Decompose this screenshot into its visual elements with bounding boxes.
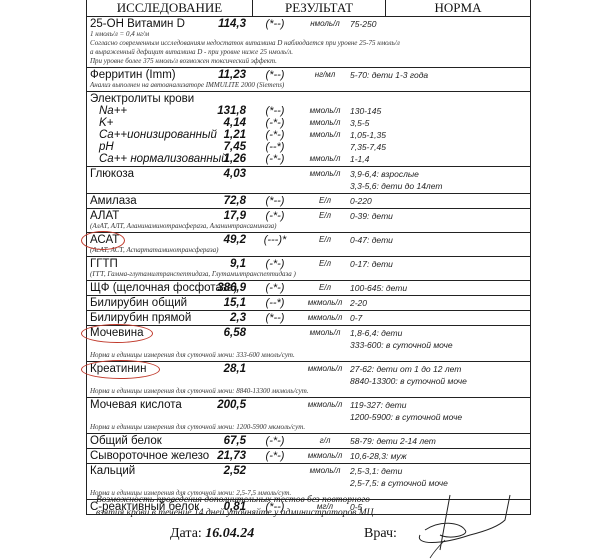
reference-range-line: 10,6-28,3: муж [350,450,530,462]
table-row: АЛАТ17,9(-*-)Е/л0-39: дети(АлАТ, АЛТ, Ал… [86,209,531,233]
reference-range: 10,6-28,3: муж [350,450,530,462]
results-table: 25-OH Витамин D114,3(*--)нмоль/л75-2501 … [86,17,531,515]
reference-range: 0-47: дети [350,234,530,246]
result-flag: (*--) [250,105,300,117]
result-line: Амилаза72,8(*--)Е/л0-220 [87,195,530,207]
reference-range-line: 7,35-7,45 [350,141,530,153]
date: Дата: 16.04.24 [170,526,254,542]
result-line: ГГТП9,1(-*-)Е/л0-17: дети [87,258,530,270]
test-name: ЩФ (щелочная фосфотаза) [87,282,200,294]
result-unit: Е/л [300,234,350,246]
result-flag: (--*) [250,297,300,309]
result-line: Билирубин прямой2,3(*--)мкмоль/л0-7 [87,312,530,324]
test-name: АСАТ [87,234,200,246]
result-value: 49,2 [200,234,250,246]
result-unit: нг/мл [300,69,350,81]
footer-note-line2: взятия крови в течение 14 дней уточняйте… [96,507,376,520]
result-unit: Е/л [300,258,350,270]
reference-range-line: 27-62: дети от 1 до 12 лет [350,363,530,375]
reference-range-line: 100-645: дети [350,282,530,294]
table-row: Электролиты кровиNa++131,8(*--)ммоль/л13… [86,92,531,167]
result-flag: (--*) [250,141,300,153]
result-line: Билирубин общий15,1(--*)мкмоль/л2-20 [87,297,530,309]
row-note: (ГГТ, Гамма-глутамилтранспептидаза, Глут… [87,270,530,279]
result-unit: Е/л [300,282,350,294]
row-note: а выраженный дефицит витамина D - при ур… [87,48,530,57]
result-line: АЛАТ17,9(-*-)Е/л0-39: дети [87,210,530,222]
test-name: Кальций [87,465,200,477]
reference-range-line: 3,5-5 [350,117,530,129]
result-flag: (-*-) [250,258,300,270]
table-row: ЩФ (щелочная фосфотаза)386,9(-*-)Е/л100-… [86,281,531,296]
reference-range: 1,05-1,35 [350,129,530,141]
table-row: Общий белок67,5(-*-)г/л58-79: дети 2-14 … [86,434,531,449]
red-circle-annotation [81,360,160,379]
result-flag: (-*-) [250,117,300,129]
red-circle-annotation [81,231,125,250]
result-value: 9,1 [200,258,250,270]
reference-range-line: 130-145 [350,105,530,117]
reference-range: 1-1,4 [350,153,530,165]
reference-range: 0-39: дети [350,210,530,222]
result-flag: (-*-) [250,282,300,294]
result-value: 17,9 [200,210,250,222]
signature-icon [410,490,520,560]
result-value: 28,1 [200,363,250,375]
reference-range: 2,5-3,1: дети2,5-7,5: в суточной моче [350,465,530,489]
table-header: ИССЛЕДОВАНИЕ РЕЗУЛЬТАТ НОРМА [86,0,531,17]
row-note: Норма и единицы измерения для суточной м… [87,351,530,360]
reference-range: 5-70: дети 1-3 года [350,69,530,81]
table-row: 25-OH Витамин D114,3(*--)нмоль/л75-2501 … [86,17,531,68]
reference-range: 119-327: дети1200-5900: в суточной моче [350,399,530,423]
doctor-label: Врач: [364,526,397,542]
test-name: АЛАТ [87,210,200,222]
result-unit: нмоль/л [300,18,350,30]
reference-range: 58-79: дети 2-14 лет [350,435,530,447]
date-value: 16.04.24 [205,526,254,541]
result-line: Ca++ионизированный1,21(-*-)ммоль/л1,05-1… [87,129,530,141]
footer-note: Возможность проведения дополнительных те… [96,494,376,520]
result-value: 21,73 [200,450,250,462]
result-unit: мкмоль/л [300,297,350,309]
table-row: Глюкоза4,03ммоль/л3,9-6,4: взрослые3,3-5… [86,167,531,194]
reference-range-line: 0-7 [350,312,530,324]
test-name: Билирубин общий [87,297,200,309]
reference-range-line: 1-1,4 [350,153,530,165]
reference-range-line: 1,05-1,35 [350,129,530,141]
result-value: 1,21 [200,129,250,141]
test-name: ГГТП [87,258,200,270]
result-line: Мочевина6,58ммоль/л1,8-6,4: дети333-600:… [87,327,530,351]
test-name: Сывороточное железо [87,450,200,462]
result-unit: мкмоль/л [300,450,350,462]
reference-range: 2-20 [350,297,530,309]
result-line: АСАТ49,2(---)*Е/л0-47: дети [87,234,530,246]
reference-range-line: 1200-5900: в суточной моче [350,411,530,423]
date-label: Дата: [170,526,202,541]
result-line: Сывороточное железо21,73(-*-)мкмоль/л10,… [87,450,530,462]
result-value: 386,9 [200,282,250,294]
row-note: Анализ выполнен на автоанализаторе IMMUL… [87,81,530,90]
result-line: pH7,45(--*)7,35-7,45 [87,141,530,153]
reference-range: 1,8-6,4: дети333-600: в суточной моче [350,327,530,351]
table-row: Мочевая кислота200,5мкмоль/л119-327: дет… [86,398,531,434]
result-value: 1,26 [200,153,250,165]
result-value: 131,8 [200,105,250,117]
table-row: АСАТ49,2(---)*Е/л0-47: дети(АсАТ, АСТ, А… [86,233,531,257]
test-name: Глюкоза [87,168,200,180]
result-flag: (-*-) [250,210,300,222]
table-row: Амилаза72,8(*--)Е/л0-220 [86,194,531,209]
result-line: Ферритин (Imm)11,23(*--)нг/мл5-70: дети … [87,69,530,81]
reference-range-line: 0-17: дети [350,258,530,270]
result-value: 15,1 [200,297,250,309]
result-unit: мкмоль/л [300,312,350,324]
result-unit: мкмоль/л [300,363,350,375]
table-row: Креатинин28,1мкмоль/л27-62: дети от 1 до… [86,362,531,398]
reference-range-line: 0-47: дети [350,234,530,246]
reference-range-line: 8840-13300: в суточной моче [350,375,530,387]
result-line: Ca++ нормализованный1,26(-*-)ммоль/л1-1,… [87,153,530,165]
result-flag: (-*-) [250,153,300,165]
row-note: 1 нмоль/л = 0,4 нг/м [87,30,530,39]
result-unit: мкмоль/л [300,399,350,411]
reference-range: 100-645: дети [350,282,530,294]
table-row: Мочевина6,58ммоль/л1,8-6,4: дети333-600:… [86,326,531,362]
group-title: Электролиты крови [87,93,530,105]
table-row: ГГТП9,1(-*-)Е/л0-17: дети(ГГТ, Гамма-глу… [86,257,531,281]
reference-range: 27-62: дети от 1 до 12 лет8840-13300: в … [350,363,530,387]
row-note: Норма и единицы измерения для суточной м… [87,387,530,396]
result-value: 2,52 [200,465,250,477]
row-note: Согласно современным исследованиям недос… [87,39,530,48]
test-name: Ca++ионизированный [87,129,200,141]
result-line: ЩФ (щелочная фосфотаза)386,9(-*-)Е/л100-… [87,282,530,294]
reference-range: 7,35-7,45 [350,141,530,153]
result-value: 4,03 [200,168,250,180]
test-name: Ферритин (Imm) [87,69,200,81]
result-flag: (-*-) [250,435,300,447]
reference-range: 0-220 [350,195,530,207]
test-name: Креатинин [87,363,200,375]
result-line: Кальций2,52ммоль/л2,5-3,1: дети2,5-7,5: … [87,465,530,489]
result-line: Глюкоза4,03ммоль/л3,9-6,4: взрослые3,3-5… [87,168,530,192]
result-value: 200,5 [200,399,250,411]
result-unit: Е/л [300,210,350,222]
reference-range: 0-17: дети [350,258,530,270]
footer-note-line1: Возможность проведения дополнительных те… [96,494,376,507]
reference-range: 3,9-6,4: взрослые3,3-5,6: дети до 14лет [350,168,530,192]
test-name: Мочевина [87,327,200,339]
header-result: РЕЗУЛЬТАТ [253,0,386,16]
result-unit: ммоль/л [300,117,350,129]
reference-range-line: 2,5-7,5: в суточной моче [350,477,530,489]
result-value: 67,5 [200,435,250,447]
test-name: pH [87,141,200,153]
reference-range-line: 119-327: дети [350,399,530,411]
table-row: Билирубин прямой2,3(*--)мкмоль/л0-7 [86,311,531,326]
reference-range-line: 75-250 [350,18,530,30]
result-unit: ммоль/л [300,327,350,339]
result-flag: (*--) [250,18,300,30]
reference-range-line: 2-20 [350,297,530,309]
reference-range-line: 3,9-6,4: взрослые [350,168,530,180]
result-line: Na++131,8(*--)ммоль/л130-145 [87,105,530,117]
reference-range-line: 2,5-3,1: дети [350,465,530,477]
row-note: (АсАТ, АСТ, Аспартатаминотрансфераза) [87,246,530,255]
result-flag: (*--) [250,195,300,207]
row-note: (АлАТ, АЛТ, Аланинаминотрансфераза, Алан… [87,222,530,231]
result-flag: (-*-) [250,129,300,141]
reference-range: 75-250 [350,18,530,30]
red-circle-annotation [81,324,153,343]
result-line: 25-OH Витамин D114,3(*--)нмоль/л75-250 [87,18,530,30]
result-value: 6,58 [200,327,250,339]
result-value: 2,3 [200,312,250,324]
result-flag: (*--) [250,69,300,81]
header-norm: НОРМА [386,0,530,16]
result-unit: Е/л [300,195,350,207]
reference-range-line: 3,3-5,6: дети до 14лет [350,180,530,192]
reference-range-line: 58-79: дети 2-14 лет [350,435,530,447]
result-unit: ммоль/л [300,168,350,180]
test-name: Мочевая кислота [87,399,200,411]
test-name: Общий белок [87,435,200,447]
result-line: K+4,14(-*-)ммоль/л3,5-5 [87,117,530,129]
result-line: Общий белок67,5(-*-)г/л58-79: дети 2-14 … [87,435,530,447]
test-name: Na++ [87,105,200,117]
reference-range-line: 5-70: дети 1-3 года [350,69,530,81]
reference-range-line: 333-600: в суточной моче [350,339,530,351]
reference-range: 130-145 [350,105,530,117]
table-row: Сывороточное железо21,73(-*-)мкмоль/л10,… [86,449,531,464]
result-unit: г/л [300,435,350,447]
result-value: 7,45 [200,141,250,153]
result-unit: ммоль/л [300,465,350,477]
test-name: Амилаза [87,195,200,207]
results-sheet: ИССЛЕДОВАНИЕ РЕЗУЛЬТАТ НОРМА 25-OH Витам… [86,0,531,515]
table-row: Билирубин общий15,1(--*)мкмоль/л2-20 [86,296,531,311]
result-value: 4,14 [200,117,250,129]
table-row: Ферритин (Imm)11,23(*--)нг/мл5-70: дети … [86,68,531,92]
test-name: K+ [87,117,200,129]
result-line: Мочевая кислота200,5мкмоль/л119-327: дет… [87,399,530,423]
reference-range-line: 0-220 [350,195,530,207]
result-value: 11,23 [200,69,250,81]
row-note: При уровне более 375 нмоль/л возможен то… [87,57,530,66]
result-unit: ммоль/л [300,129,350,141]
result-line: Креатинин28,1мкмоль/л27-62: дети от 1 до… [87,363,530,387]
result-flag: (*--) [250,312,300,324]
header-test: ИССЛЕДОВАНИЕ [87,0,253,16]
result-unit: ммоль/л [300,153,350,165]
reference-range: 0-7 [350,312,530,324]
result-unit: ммоль/л [300,105,350,117]
test-name: 25-OH Витамин D [87,18,200,30]
result-value: 72,8 [200,195,250,207]
result-flag: (-*-) [250,450,300,462]
test-name: Ca++ нормализованный [87,153,200,165]
reference-range-line: 1,8-6,4: дети [350,327,530,339]
reference-range: 3,5-5 [350,117,530,129]
reference-range-line: 0-39: дети [350,210,530,222]
result-value: 114,3 [200,18,250,30]
row-note: Норма и единицы измерения для суточной м… [87,423,530,432]
test-name: Билирубин прямой [87,312,200,324]
result-flag: (---)* [250,234,300,246]
